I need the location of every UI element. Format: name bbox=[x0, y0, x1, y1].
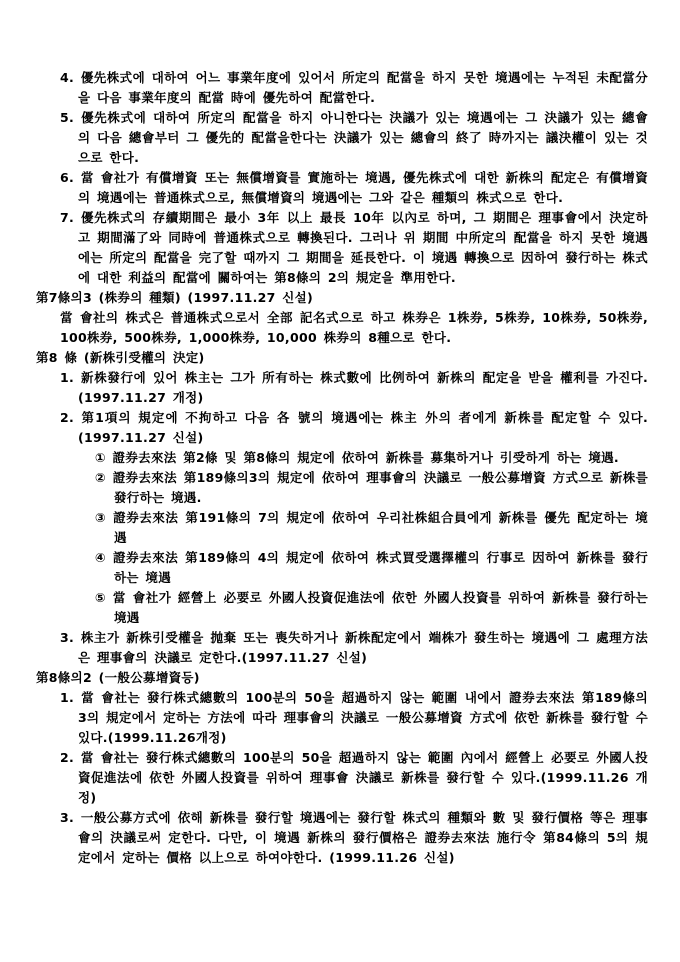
list-item-6: 6. 當 會社가 有償增資 또는 無償增資를 實施하는 境遇, 優先株式에 대한… bbox=[60, 168, 648, 208]
item-text: 優先株式에 대하여 어느 事業年度에 있어서 所定의 配當을 하지 못한 境遇에… bbox=[78, 70, 648, 105]
article-8-subitem-3: ③ 證券去來法 第191條의 7의 規定에 依하여 우리社株組合員에게 新株를 … bbox=[95, 508, 648, 548]
article-8-2-item-2: 2. 當 會社는 發行株式總數의 100분의 50을 超過하지 않는 範圍 內에… bbox=[60, 748, 648, 808]
item-number: 3. bbox=[60, 630, 74, 645]
article-heading-7-3: 第7條의3 (株券의 種類) (1997.11.27 신설) bbox=[36, 288, 648, 308]
subitem-text: 證券去來法 第191條의 7의 規定에 依하여 우리社株組合員에게 新株를 優先… bbox=[113, 510, 648, 545]
item-text: 優先株式의 存續期間은 最小 3年 以上 最長 10年 以內로 하며, 그 期間… bbox=[78, 210, 648, 285]
item-number: 1. bbox=[60, 690, 74, 705]
item-number: 4. bbox=[60, 70, 74, 85]
item-text: 優先株式에 대하여 所定의 配當을 하지 아니한다는 決議가 있는 境遇에는 그… bbox=[78, 110, 648, 165]
subitem-number: ③ bbox=[95, 510, 106, 525]
article-8-item-1: 1. 新株發行에 있어 株主는 그가 所有하는 株式數에 比例하여 新株의 配定… bbox=[60, 368, 648, 408]
article-heading-8: 第8 條 (新株引受權의 決定) bbox=[36, 348, 648, 368]
article-8-subitem-4: ④ 證券去來法 第189條의 4의 規定에 依하여 株式買受選擇權의 行事로 因… bbox=[95, 548, 648, 588]
item-text: 當 會社가 有償增資 또는 無償增資를 實施하는 境遇, 優先株式에 대한 新株… bbox=[78, 170, 648, 205]
item-text: 當 會社는 發行株式總數의 100분의 50을 超過하지 않는 範圍 內에서 經… bbox=[78, 750, 648, 805]
article-8-subitem-5: ⑤ 當 會社가 經營上 必要로 外國人投資促進法에 依한 外國人投資를 위하여 … bbox=[95, 588, 648, 628]
subitem-number: ② bbox=[95, 470, 106, 485]
item-text: 第1項의 規定에 不拘하고 다음 各 號의 境遇에는 株主 外의 者에게 新株를… bbox=[78, 410, 648, 445]
item-number: 2. bbox=[60, 750, 74, 765]
subitem-text: 證券去來法 第2條 및 第8條의 規定에 依하여 新株를 募集하거나 引受하게 … bbox=[113, 450, 619, 465]
document-page: 4. 優先株式에 대하여 어느 事業年度에 있어서 所定의 配當을 하지 못한 … bbox=[0, 0, 680, 962]
subitem-number: ④ bbox=[95, 550, 106, 565]
article-8-subitem-1: ① 證券去來法 第2條 및 第8條의 規定에 依하여 新株를 募集하거나 引受하… bbox=[95, 448, 648, 468]
item-text: 株主가 新株引受權을 抛棄 또는 喪失하거나 新株配定에서 端株가 發生하는 境… bbox=[78, 630, 648, 665]
list-item-5: 5. 優先株式에 대하여 所定의 配當을 하지 아니한다는 決議가 있는 境遇에… bbox=[60, 108, 648, 168]
item-number: 3. bbox=[60, 810, 74, 825]
item-number: 6. bbox=[60, 170, 74, 185]
subitem-number: ① bbox=[95, 450, 106, 465]
article-body-7-3: 當 會社의 株式은 普通株式으로서 全部 記名式으로 하고 株券은 1株券, 5… bbox=[60, 308, 648, 348]
subitem-text: 證券去來法 第189條의3의 規定에 依하여 理事會의 決議로 一般公募增資 方… bbox=[113, 470, 648, 505]
article-8-item-2: 2. 第1項의 規定에 不拘하고 다음 各 號의 境遇에는 株主 外의 者에게 … bbox=[60, 408, 648, 448]
list-item-7: 7. 優先株式의 存續期間은 最小 3年 以上 最長 10年 以內로 하며, 그… bbox=[60, 208, 648, 288]
item-text: 新株發行에 있어 株主는 그가 所有하는 株式數에 比例하여 新株의 配定을 받… bbox=[78, 370, 648, 405]
subitem-text: 當 會社가 經營上 必要로 外國人投資促進法에 依한 外國人投資를 위하여 新株… bbox=[113, 590, 648, 625]
item-text: 當 會社는 發行株式總數의 100분의 50을 超過하지 않는 範圍 내에서 證… bbox=[78, 690, 648, 745]
item-number: 5. bbox=[60, 110, 74, 125]
item-text: 一般公募方式에 依해 新株를 發行할 境遇에는 發行할 株式의 種類와 數 및 … bbox=[78, 810, 648, 865]
article-8-item-3: 3. 株主가 新株引受權을 抛棄 또는 喪失하거나 新株配定에서 端株가 發生하… bbox=[60, 628, 648, 668]
list-item-4: 4. 優先株式에 대하여 어느 事業年度에 있어서 所定의 配當을 하지 못한 … bbox=[60, 68, 648, 108]
article-8-2-item-1: 1. 當 會社는 發行株式總數의 100분의 50을 超過하지 않는 範圍 내에… bbox=[60, 688, 648, 748]
subitem-text: 證券去來法 第189條의 4의 規定에 依하여 株式買受選擇權의 行事로 因하여… bbox=[113, 550, 648, 585]
subitem-number: ⑤ bbox=[95, 590, 106, 605]
article-8-2-item-3: 3. 一般公募方式에 依해 新株를 發行할 境遇에는 發行할 株式의 種類와 數… bbox=[60, 808, 648, 868]
document-body: 4. 優先株式에 대하여 어느 事業年度에 있어서 所定의 配當을 하지 못한 … bbox=[36, 68, 648, 868]
article-heading-8-2: 第8條의2 (一般公募增資등) bbox=[36, 668, 648, 688]
item-number: 1. bbox=[60, 370, 74, 385]
item-number: 7. bbox=[60, 210, 74, 225]
article-8-subitem-2: ② 證券去來法 第189條의3의 規定에 依하여 理事會의 決議로 一般公募增資… bbox=[95, 468, 648, 508]
item-number: 2. bbox=[60, 410, 74, 425]
